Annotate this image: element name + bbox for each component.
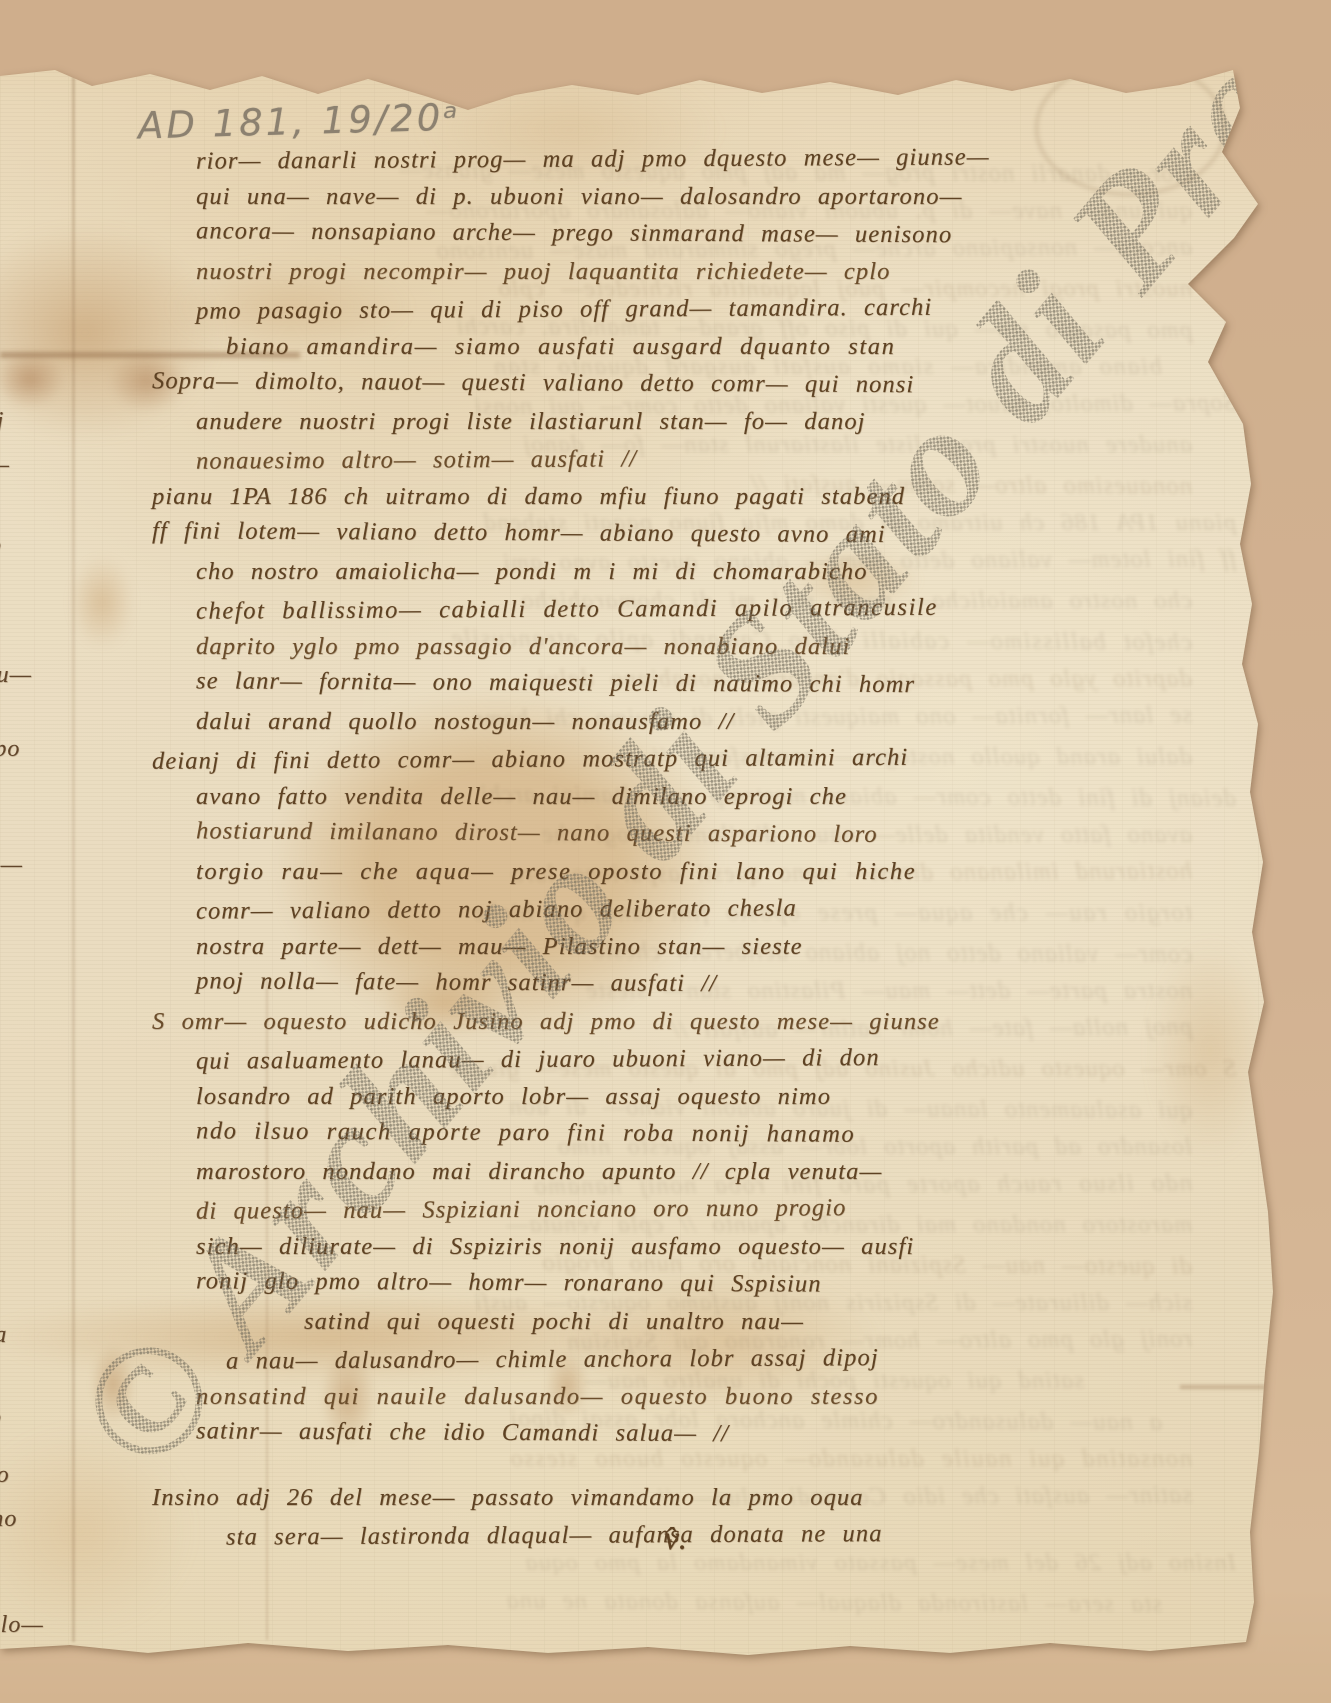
handwriting-line: comr— valiano detto noj abiano deliberat… [196,887,1206,930]
handwriting-line: nonauesimo altro— sotim— ausfati // [196,437,1206,480]
left-margin-fragment: valo— [0,1612,44,1639]
handwriting-line: Sopra— dimolto, nauot— questi valiano de… [152,362,1206,405]
handwriting-line: di questo— nau— Sspiziani nonciano oro n… [196,1187,1206,1230]
handwriting-line: losandro ad parith aporto lobr— assaj oq… [196,1078,1206,1116]
scanned-manuscript-letter: rior— danarli nostri prog— ma adj pmo dq… [0,0,1331,1703]
handwriting-line: S omr— oquesto udicho Jusino adj pmo di … [152,1003,1206,1041]
handwriting-line: nuostri progi necompir— puoj laquantita … [196,253,1206,291]
handwriting-line: pmo pasagio sto— qui di piso off grand— … [196,287,1206,330]
handwriting-line: hostiarund imilanano dirost— nano questi… [196,812,1206,855]
handwriting-line: cho nostro amaiolicha— pondi m i mi di c… [196,553,1206,591]
bottom-flourish-mark: v̂. [664,1520,689,1558]
handwriting-line: pnoj nolla— fate— homr satinr— ausfati /… [196,962,1206,1005]
ghost-line: sta sera— lastironda dlaqual— aufansa do… [182,1579,1162,1623]
handwriting-line: sta sera— lastironda dlaqual— aufansa do… [226,1513,1206,1556]
handwriting-line: avano fatto vendita delle— nau— dimilano… [196,778,1206,816]
left-margin-fragments: lsolujv—noritaalu——mpovavo——mathnogiofin… [0,0,64,1703]
handwriting-line: ndo ilsuo rauch aporte paro fini roba no… [196,1112,1206,1155]
handwriting-line: se lanr— fornita— ono maiquesti pieli di… [196,662,1206,705]
left-margin-fragment: alu— [0,662,32,689]
pencil-archival-reference: AD 181, 19/20ᵃ [137,96,461,148]
handwriting-line: anudere nuostri progi liste ilastiarunl … [196,403,1206,441]
handwriting-line: pianu 1PA 186 ch uitramo di damo mfiu fi… [152,478,1206,516]
handwriting-line: qui asaluamento lanau— di juaro ubuoni v… [196,1037,1206,1080]
left-margin-fragment: ma [0,1322,7,1349]
handwriting-line: nonsatind qui nauile dalusando— oquesto … [196,1378,1206,1416]
handwritten-text-block: rior— danarli nostri prog— ma adj pmo dq… [196,140,1206,1554]
left-margin-fragment: gio [0,1462,10,1489]
left-margin-fragment: fino [0,1506,17,1533]
left-margin-fragment: no [0,1404,2,1431]
handwriting-line: torgio rau— che aqua— prese oposto fini … [196,853,1206,891]
handwriting-line: chefot ballissimo— cabialli detto Camand… [196,587,1206,630]
left-margin-fragment: mpo [0,736,20,763]
handwriting-line: rior— danarli nostri prog— ma adj pmo dq… [196,137,1206,180]
handwriting-line: ff fini lotem— valiano detto homr— abian… [152,512,1206,555]
handwriting-line: qui una— nave— di p. ubuoni viano— dalos… [196,178,1206,216]
handwriting-line: ancora— nonsapiano arche— prego sinmaran… [196,212,1206,255]
handwriting-line: ronij glo pmo altro— homr— ronarano qui … [196,1262,1206,1305]
left-margin-fragment: luj [0,408,4,435]
handwriting-line: satind qui oquesti pochi di unaltro nau— [304,1303,1206,1341]
handwriting-line: daprito yglo pmo passagio d'ancora— nona… [196,628,1206,666]
handwriting-line: biano amandira— siamo ausfati ausgard dq… [226,328,1206,366]
left-margin-fragment: vo— [0,852,23,879]
left-margin-fragment: va [0,768,1,795]
handwriting-line: sich— diliurate— di Sspiziris nonij ausf… [196,1228,1206,1266]
handwriting-line: a nau— dalusandro— chimle anchora lobr a… [226,1337,1206,1380]
handwriting-line: satinr— ausfati che idio Camandi salua— … [196,1412,1206,1455]
handwriting-line: dalui arand quollo nostogun— nonausfamo … [196,703,1206,741]
handwriting-line: Insino adj 26 del mese— passato vimandam… [152,1479,1206,1517]
left-margin-fragment: v— [0,452,10,479]
handwriting-line: deianj di fini detto comr— abiano mostra… [152,737,1206,780]
handwriting-line: marostoro nondano mai dirancho apunto //… [196,1153,1206,1191]
handwriting-line: nostra parte— dett— mau— Pilastino stan—… [196,928,1206,966]
paper-shadow: rior— danarli nostri prog— ma adj pmo dq… [0,0,1331,1703]
paper-sheet: rior— danarli nostri prog— ma adj pmo dq… [0,0,1331,1703]
left-margin-fragment: no [0,532,2,559]
